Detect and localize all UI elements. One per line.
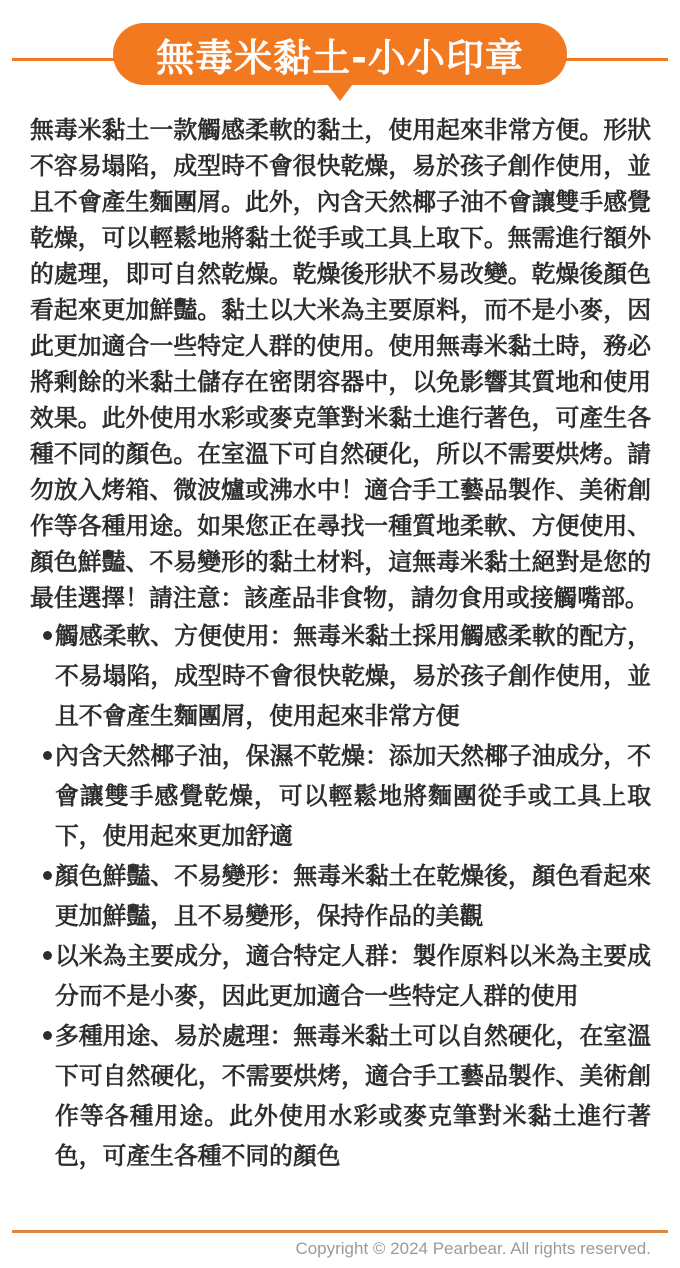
feature-text: 觸感柔軟、方便使用：無毒米黏土採用觸感柔軟的配方，不易塌陷，成型時不會很快乾燥，…	[55, 622, 651, 730]
product-description: 無毒米黏土一款觸感柔軟的黏土，使用起來非常方便。形狀不容易塌陷，成型時不會很快乾…	[30, 112, 651, 616]
feature-item: 內含天然椰子油，保濕不乾燥：添加天然椰子油成分，不會讓雙手感覺乾燥，可以輕鬆地將…	[30, 736, 651, 856]
bullet-dot-icon	[43, 751, 52, 760]
feature-item: 觸感柔軟、方便使用：無毒米黏土採用觸感柔軟的配方，不易塌陷，成型時不會很快乾燥，…	[30, 616, 651, 736]
bullet-dot-icon	[43, 631, 52, 640]
feature-list: 觸感柔軟、方便使用：無毒米黏土採用觸感柔軟的配方，不易塌陷，成型時不會很快乾燥，…	[30, 616, 651, 1176]
badge-pointer-icon	[327, 84, 353, 101]
bullet-dot-icon	[43, 1031, 52, 1040]
bullet-dot-icon	[43, 871, 52, 880]
product-description-page: 無毒米黏土-小小印章 無毒米黏土一款觸感柔軟的黏土，使用起來非常方便。形狀不容易…	[0, 0, 680, 1268]
feature-text: 以米為主要成分，適合特定人群：製作原料以米為主要成分而不是小麥，因此更加適合一些…	[55, 942, 651, 1010]
bullet-dot-icon	[43, 951, 52, 960]
title-badge: 無毒米黏土-小小印章	[113, 23, 567, 85]
feature-text: 內含天然椰子油，保濕不乾燥：添加天然椰子油成分，不會讓雙手感覺乾燥，可以輕鬆地將…	[55, 742, 651, 850]
copyright-notice: Copyright © 2024 Pearbear. All rights re…	[295, 1239, 651, 1259]
feature-text: 多種用途、易於處理：無毒米黏土可以自然硬化，在室溫下可自然硬化，不需要烘烤，適合…	[55, 1022, 651, 1170]
footer-divider-line	[12, 1230, 668, 1233]
feature-item: 多種用途、易於處理：無毒米黏土可以自然硬化，在室溫下可自然硬化，不需要烘烤，適合…	[30, 1016, 651, 1176]
feature-item: 以米為主要成分，適合特定人群：製作原料以米為主要成分而不是小麥，因此更加適合一些…	[30, 936, 651, 1016]
feature-text: 顏色鮮豔、不易變形：無毒米黏土在乾燥後，顏色看起來更加鮮豔，且不易變形，保持作品…	[55, 862, 651, 930]
feature-item: 顏色鮮豔、不易變形：無毒米黏土在乾燥後，顏色看起來更加鮮豔，且不易變形，保持作品…	[30, 856, 651, 936]
page-title: 無毒米黏土-小小印章	[156, 27, 524, 82]
